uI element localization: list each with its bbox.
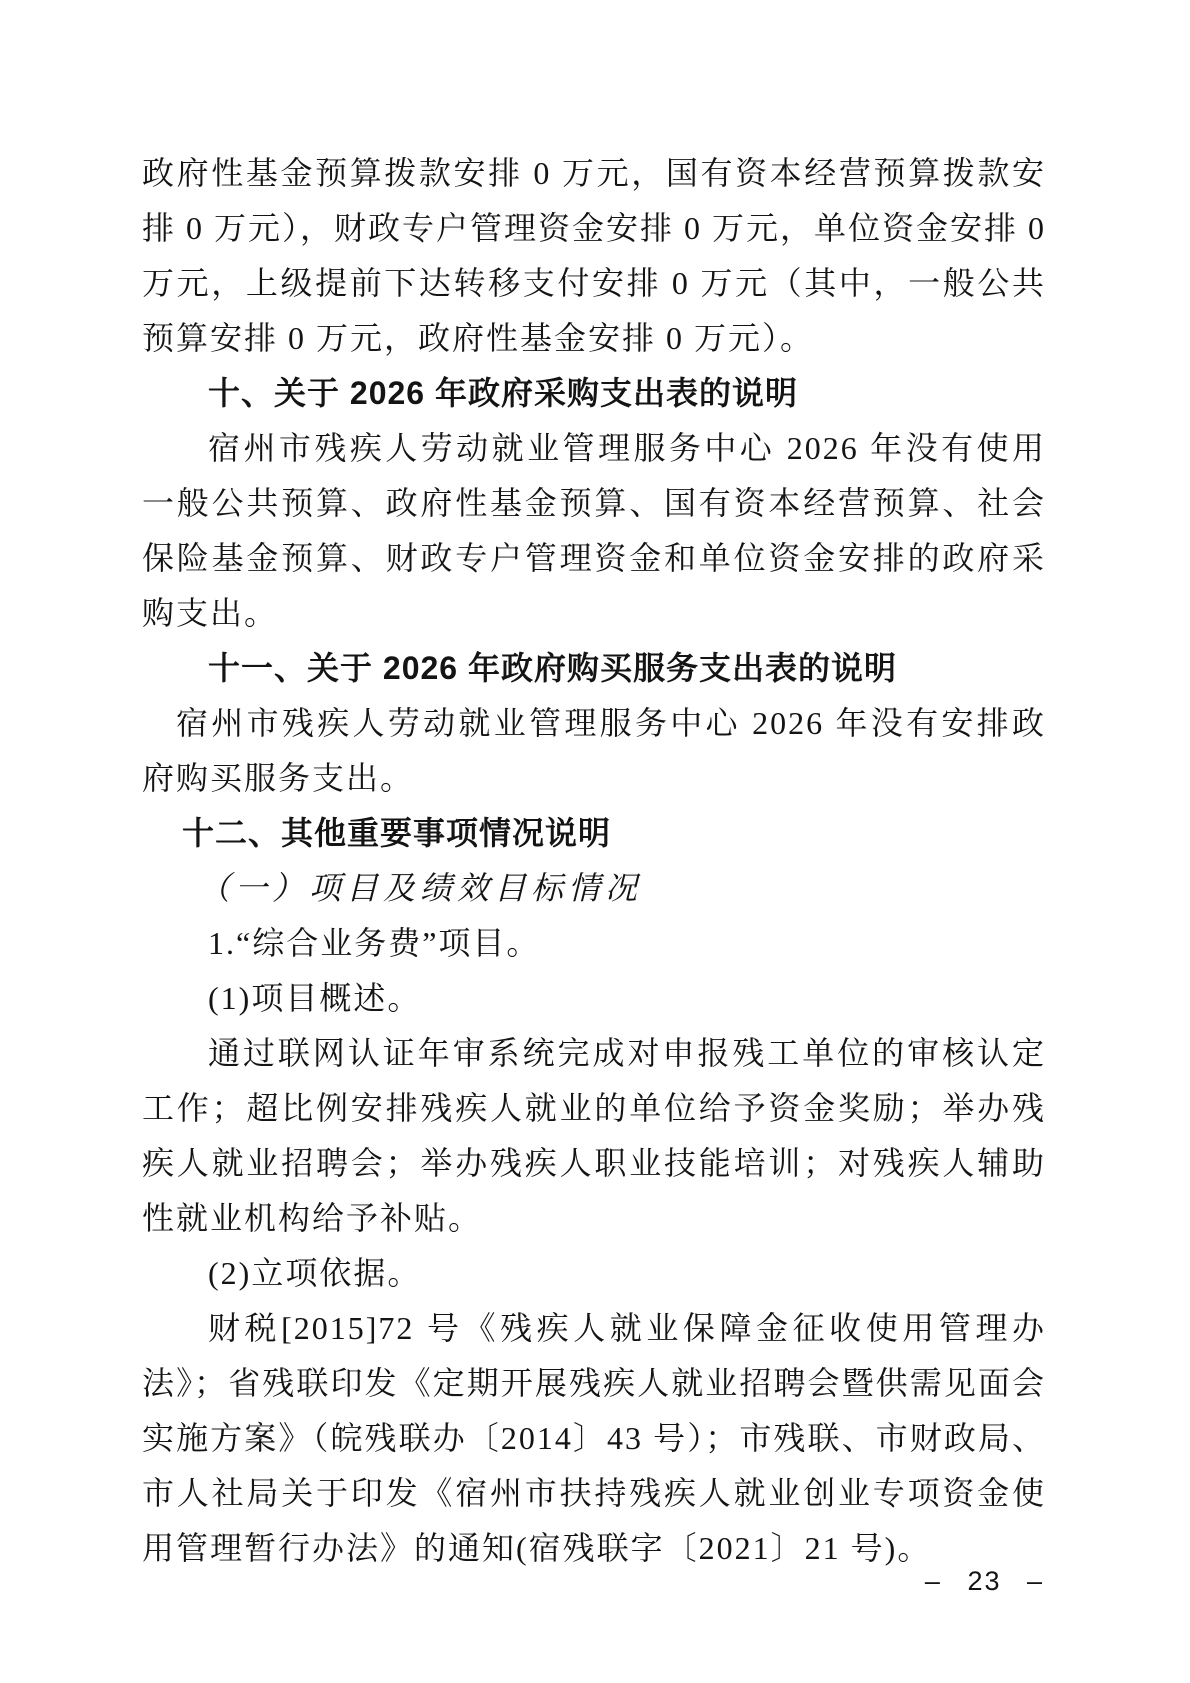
paragraph-item-1-2-project-basis-label: (2)立项依据。 — [142, 1246, 1046, 1301]
paragraph-item-1-comprehensive-business-fee: 1.“综合业务费”项目。 — [142, 916, 1046, 971]
sub-heading-project-performance: （一）项目及绩效目标情况 — [142, 861, 1046, 916]
paragraph-project-overview-body: 通过联网认证年审系统完成对申报残工单位的审核认定工作；超比例安排残疾人就业的单位… — [142, 1026, 1046, 1246]
section-heading-eleven-purchased-services: 十一、关于 2026 年政府购买服务支出表的说明 — [142, 641, 1046, 696]
document-page: 政府性基金预算拨款安排 0 万元，国有资本经营预算拨款安排 0 万元），财政专户… — [0, 0, 1190, 1683]
paragraph-item-1-1-project-overview-label: (1)项目概述。 — [142, 971, 1046, 1026]
paragraph-procurement-explanation: 宿州市残疾人劳动就业管理服务中心 2026 年没有使用一般公共预算、政府性基金预… — [142, 421, 1046, 641]
page-number: – 23 – — [925, 1566, 1044, 1597]
section-heading-ten-procurement: 十、关于 2026 年政府采购支出表的说明 — [142, 366, 1046, 421]
paragraph-project-basis-body: 财税[2015]72 号《残疾人就业保障金征收使用管理办法》；省残联印发《定期开… — [142, 1301, 1046, 1576]
paragraph-purchased-services-explanation: 宿州市残疾人劳动就业管理服务中心 2026 年没有安排政府购买服务支出。 — [142, 696, 1046, 806]
page-content: 政府性基金预算拨款安排 0 万元，国有资本经营预算拨款安排 0 万元），财政专户… — [142, 146, 1046, 1576]
paragraph-budget-continuation: 政府性基金预算拨款安排 0 万元，国有资本经营预算拨款安排 0 万元），财政专户… — [142, 146, 1046, 366]
section-heading-twelve-other-matters: 十二、其他重要事项情况说明 — [142, 806, 1046, 861]
